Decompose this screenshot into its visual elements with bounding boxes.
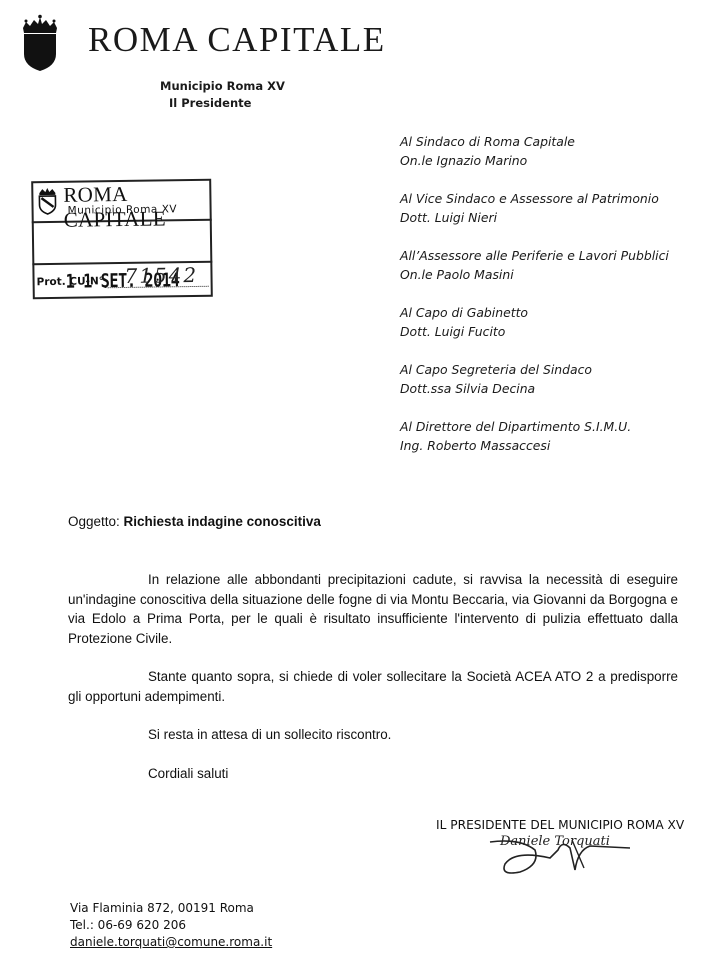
sender-role: Il Presidente [160, 95, 285, 112]
letter-body: In relazione alle abbondanti precipitazi… [68, 570, 678, 783]
protocol-label: Prot. CU-N° [37, 275, 105, 288]
recipient-name: On.le Ignazio Marino [400, 151, 669, 170]
recipient-name: On.le Paolo Masini [400, 265, 669, 284]
handwritten-signature [480, 820, 640, 880]
recipient-name: Ing. Roberto Massaccesi [400, 436, 669, 455]
footer-address: Via Flaminia 872, 00191 Roma [70, 900, 272, 917]
recipient-role: Al Sindaco di Roma Capitale [400, 132, 669, 151]
recipient-name: Dott.ssa Silvia Decina [400, 379, 669, 398]
body-paragraph: Stante quanto sopra, si chiede di voler … [68, 667, 678, 706]
body-paragraph: Si resta in attesa di un sollecito risco… [68, 725, 678, 745]
recipient: Al Vice Sindaco e Assessore al Patrimoni… [400, 189, 669, 227]
sender-block: Municipio Roma XV Il Presidente [160, 78, 285, 112]
recipient-role: Al Capo Segreteria del Sindaco [400, 360, 669, 379]
protocol-number: 71542 [124, 263, 198, 288]
footer-phone: Tel.: 06-69 620 206 [70, 917, 272, 934]
footer-email-link[interactable]: daniele.torquati@comune.roma.it [70, 934, 272, 951]
recipient: Al Capo Segreteria del Sindaco Dott.ssa … [400, 360, 669, 398]
recipient: Al Sindaco di Roma Capitale On.le Ignazi… [400, 132, 669, 170]
recipient-role: Al Capo di Gabinetto [400, 303, 669, 322]
crowned-shield-icon [20, 14, 60, 72]
recipient: Al Capo di Gabinetto Dott. Luigi Fucito [400, 303, 669, 341]
recipient-role: Al Direttore del Dipartimento S.I.M.U. [400, 417, 669, 436]
recipient: All’Assessore alle Periferie e Lavori Pu… [400, 246, 669, 284]
recipient-role: Al Vice Sindaco e Assessore al Patrimoni… [400, 189, 669, 208]
protocol-stamp: ROMA CAPITALE Municipio Roma XV 1 1 SET.… [31, 179, 213, 300]
stamp-header: ROMA CAPITALE Municipio Roma XV [31, 179, 212, 224]
recipient-role: All’Assessore alle Periferie e Lavori Pu… [400, 246, 669, 265]
sender-municipio: Municipio Roma XV [160, 78, 285, 95]
recipient: Al Direttore del Dipartimento S.I.M.U. I… [400, 417, 669, 455]
closing-salutation: Cordiali saluti [68, 764, 678, 784]
subject-label: Oggetto: [68, 514, 124, 529]
recipients-list: Al Sindaco di Roma Capitale On.le Ignazi… [400, 132, 669, 474]
recipient-name: Dott. Luigi Nieri [400, 208, 669, 227]
shield-icon [37, 187, 57, 215]
brand-title: ROMA CAPITALE [88, 22, 386, 57]
footer-contacts: Via Flaminia 872, 00191 Roma Tel.: 06-69… [70, 900, 272, 951]
recipient-name: Dott. Luigi Fucito [400, 322, 669, 341]
stamp-subtitle: Municipio Roma XV [68, 203, 178, 217]
subject-line: Oggetto: Richiesta indagine conoscitiva [68, 514, 321, 529]
subject-text: Richiesta indagine conoscitiva [124, 514, 321, 529]
stamp-date-box: 1 1 SET. 2014 [32, 219, 213, 266]
body-paragraph: In relazione alle abbondanti precipitazi… [68, 570, 678, 648]
